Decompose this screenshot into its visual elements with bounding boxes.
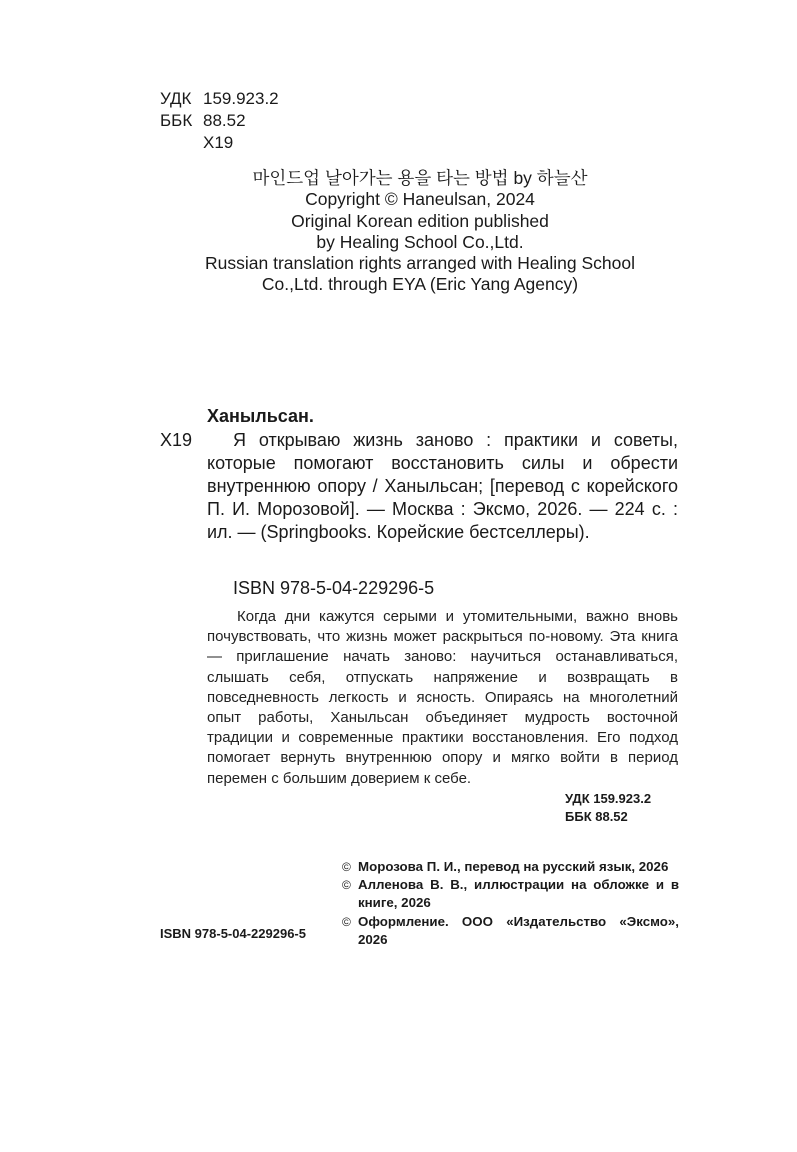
udk-label: УДК [160, 88, 203, 110]
copyright-icon: © [342, 858, 358, 876]
copyright-icon: © [342, 913, 358, 949]
bibliographic-description: Я открываю жизнь заново : практики и со­… [207, 429, 678, 544]
annotation-paragraph: Когда дни кажутся серыми и утомительными… [207, 607, 678, 789]
udk-value: 159.923.2 [203, 88, 279, 110]
korean-title-line: 마인드업 날아가는 용을 타는 방법 by 하늘산 [150, 168, 690, 189]
copyright-list: © Морозова П. И., перевод на русский язы… [342, 858, 679, 949]
bbk-value: 88.52 [203, 110, 246, 132]
author-mark: Х19 [203, 132, 233, 154]
record-author-mark: Х19 [160, 429, 192, 451]
udk-row: УДК 159.923.2 [160, 88, 279, 110]
copyright-item-translation: © Морозова П. И., перевод на русский язы… [342, 858, 679, 876]
copyright-line: Copyright © Haneulsan, 2024 [150, 189, 690, 210]
footer-udk: УДК 159.923.2 [565, 790, 651, 808]
record-isbn: ISBN 978-5-04-229296-5 [233, 577, 434, 599]
copyright-text: Оформление. ООО «Издательство «Эксмо», 2… [358, 913, 679, 949]
footer-codes: УДК 159.923.2 ББК 88.52 [565, 790, 651, 826]
index-codes: УДК 159.923.2 ББК 88.52 Х19 [160, 88, 279, 154]
bbk-row: ББК 88.52 [160, 110, 279, 132]
rights-line: Russian translation rights arranged with… [150, 253, 690, 274]
original-edition-notice: 마인드업 날아가는 용을 타는 방법 by 하늘산 Copyright © Ha… [150, 168, 690, 296]
copyright-text: Алленова В. В., иллюстрации на обложке и… [358, 876, 679, 912]
footer-bbk: ББК 88.52 [565, 808, 651, 826]
author-heading: Ханыльсан. [207, 405, 314, 427]
publisher-line: by Healing School Co.,Ltd. [150, 232, 690, 253]
footer-isbn: ISBN 978-5-04-229296-5 [160, 925, 306, 943]
bbk-label: ББК [160, 110, 203, 132]
copyright-text: Морозова П. И., перевод на русский язык,… [358, 858, 679, 876]
agency-line: Co.,Ltd. through EYA (Eric Yang Agency) [150, 274, 690, 295]
edition-line: Original Korean edition published [150, 211, 690, 232]
copyright-icon: © [342, 876, 358, 912]
author-mark-row: Х19 [160, 132, 279, 154]
copyright-item-illustrations: © Алленова В. В., иллюстрации на обложке… [342, 876, 679, 912]
copyright-item-design: © Оформление. ООО «Издательство «Эксмо»,… [342, 913, 679, 949]
